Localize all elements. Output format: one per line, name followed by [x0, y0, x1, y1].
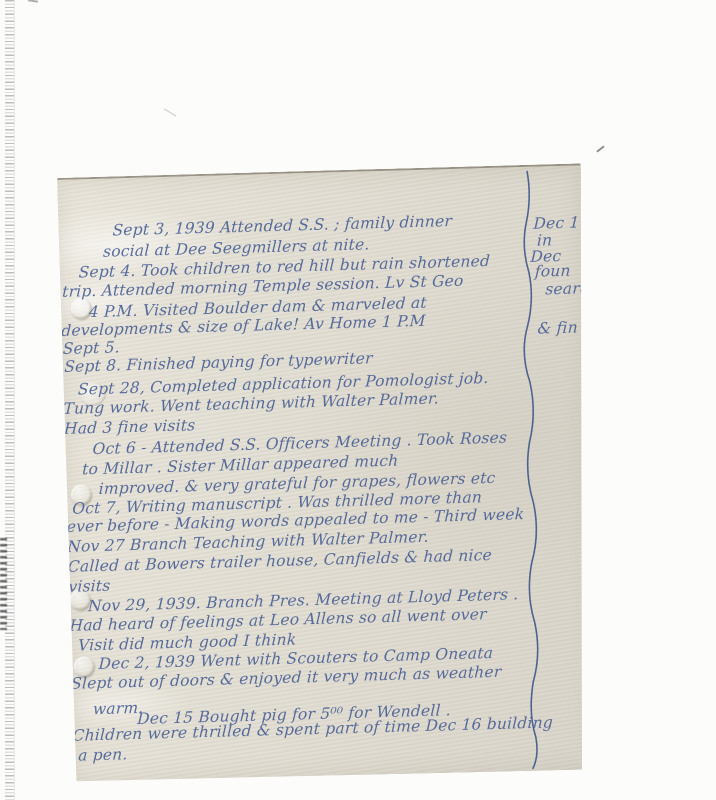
- handwriting-line: warm.: [93, 701, 144, 718]
- edge-smudge-mark: [0, 538, 7, 630]
- handwriting-line: Sept 3, 1939 Attended S.S. ; family dinn…: [112, 214, 452, 239]
- handwriting-line: a pen.: [78, 747, 128, 764]
- handwriting-line: Had 3 fine visits: [64, 418, 196, 437]
- scan-speck: [596, 145, 604, 152]
- scan-speck: [28, 0, 38, 3]
- margin-note-fragment: & fin: [537, 321, 578, 338]
- diary-text: [57, 165, 581, 180]
- diary-page: Sept 3, 1939 Attended S.S. ; family dinn…: [57, 163, 598, 783]
- handwriting-line: Sept 5.: [62, 340, 120, 357]
- scanner-edge-strip: [5, 0, 15, 800]
- margin-note-fragment: searc: [545, 281, 589, 298]
- handwriting-line: visits: [68, 579, 111, 596]
- margin-note-fragment: Dec 1: [533, 215, 580, 232]
- margin-note-fragment: foun: [534, 264, 570, 281]
- scan-scratch: [164, 108, 176, 116]
